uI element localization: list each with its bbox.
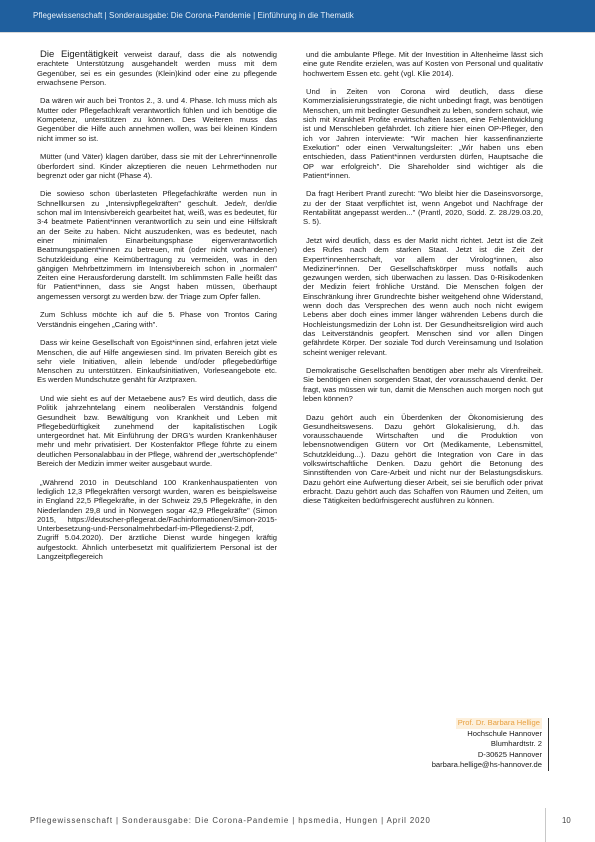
paragraph: Mütter (und Väter) klagen darüber, dass … (37, 152, 277, 180)
author-institution: Hochschule Hannover (432, 729, 542, 740)
paragraph: Dass wir keine Gesellschaft von Egoist*i… (37, 338, 277, 384)
author-email[interactable]: barbara.hellige@hs-hannover.de (432, 760, 542, 771)
author-name: Prof. Dr. Barbara Hellige (456, 718, 542, 729)
paragraph: Demokratische Gesellschaften benötigen a… (303, 366, 543, 403)
page-header: Pflegewissenschaft | Sonderausgabe: Die … (0, 0, 595, 33)
paragraph: Und in Zeiten von Corona wird deutlich, … (303, 87, 543, 180)
paragraph: Die sowieso schon überlasteten Pflegefac… (37, 189, 277, 301)
paragraph: Da wären wir auch bei Trontos 2., 3. und… (37, 96, 277, 142)
left-column: Die Eigentätigkeit verweist darauf, dass… (37, 50, 277, 571)
paragraph: Jetzt wird deutlich, dass es der Markt n… (303, 236, 543, 357)
paragraph: „Während 2010 in Deutschland 100 Kranken… (37, 478, 277, 562)
paragraph: Da fragt Heribert Prantl zurecht: "Wo bl… (303, 189, 543, 226)
author-city: D-30625 Hannover (432, 750, 542, 761)
header-title: Pflegewissenschaft | Sonderausgabe: Die … (33, 11, 354, 20)
author-street: Blumhardtstr. 2 (432, 739, 542, 750)
paragraph: Zum Schluss möchte ich auf die 5. Phase … (37, 310, 277, 329)
paragraph: Und wie sieht es auf der Metaebene aus? … (37, 394, 277, 468)
paragraph: Dazu gehört auch ein Überdenken der Ökon… (303, 413, 543, 506)
right-column: und die ambulante Pflege. Mit der Invest… (303, 50, 543, 515)
page-footer: Pflegewissenschaft | Sonderausgabe: Die … (0, 800, 595, 842)
footer-text: Pflegewissenschaft | Sonderausgabe: Die … (30, 816, 431, 825)
page-number: 10 (562, 816, 571, 825)
paragraph: und die ambulante Pflege. Mit der Invest… (303, 50, 543, 78)
author-signature: Prof. Dr. Barbara Hellige Hochschule Han… (432, 718, 549, 771)
footer-divider (545, 808, 546, 842)
paragraph: Die Eigentätigkeit verweist darauf, dass… (37, 50, 277, 87)
